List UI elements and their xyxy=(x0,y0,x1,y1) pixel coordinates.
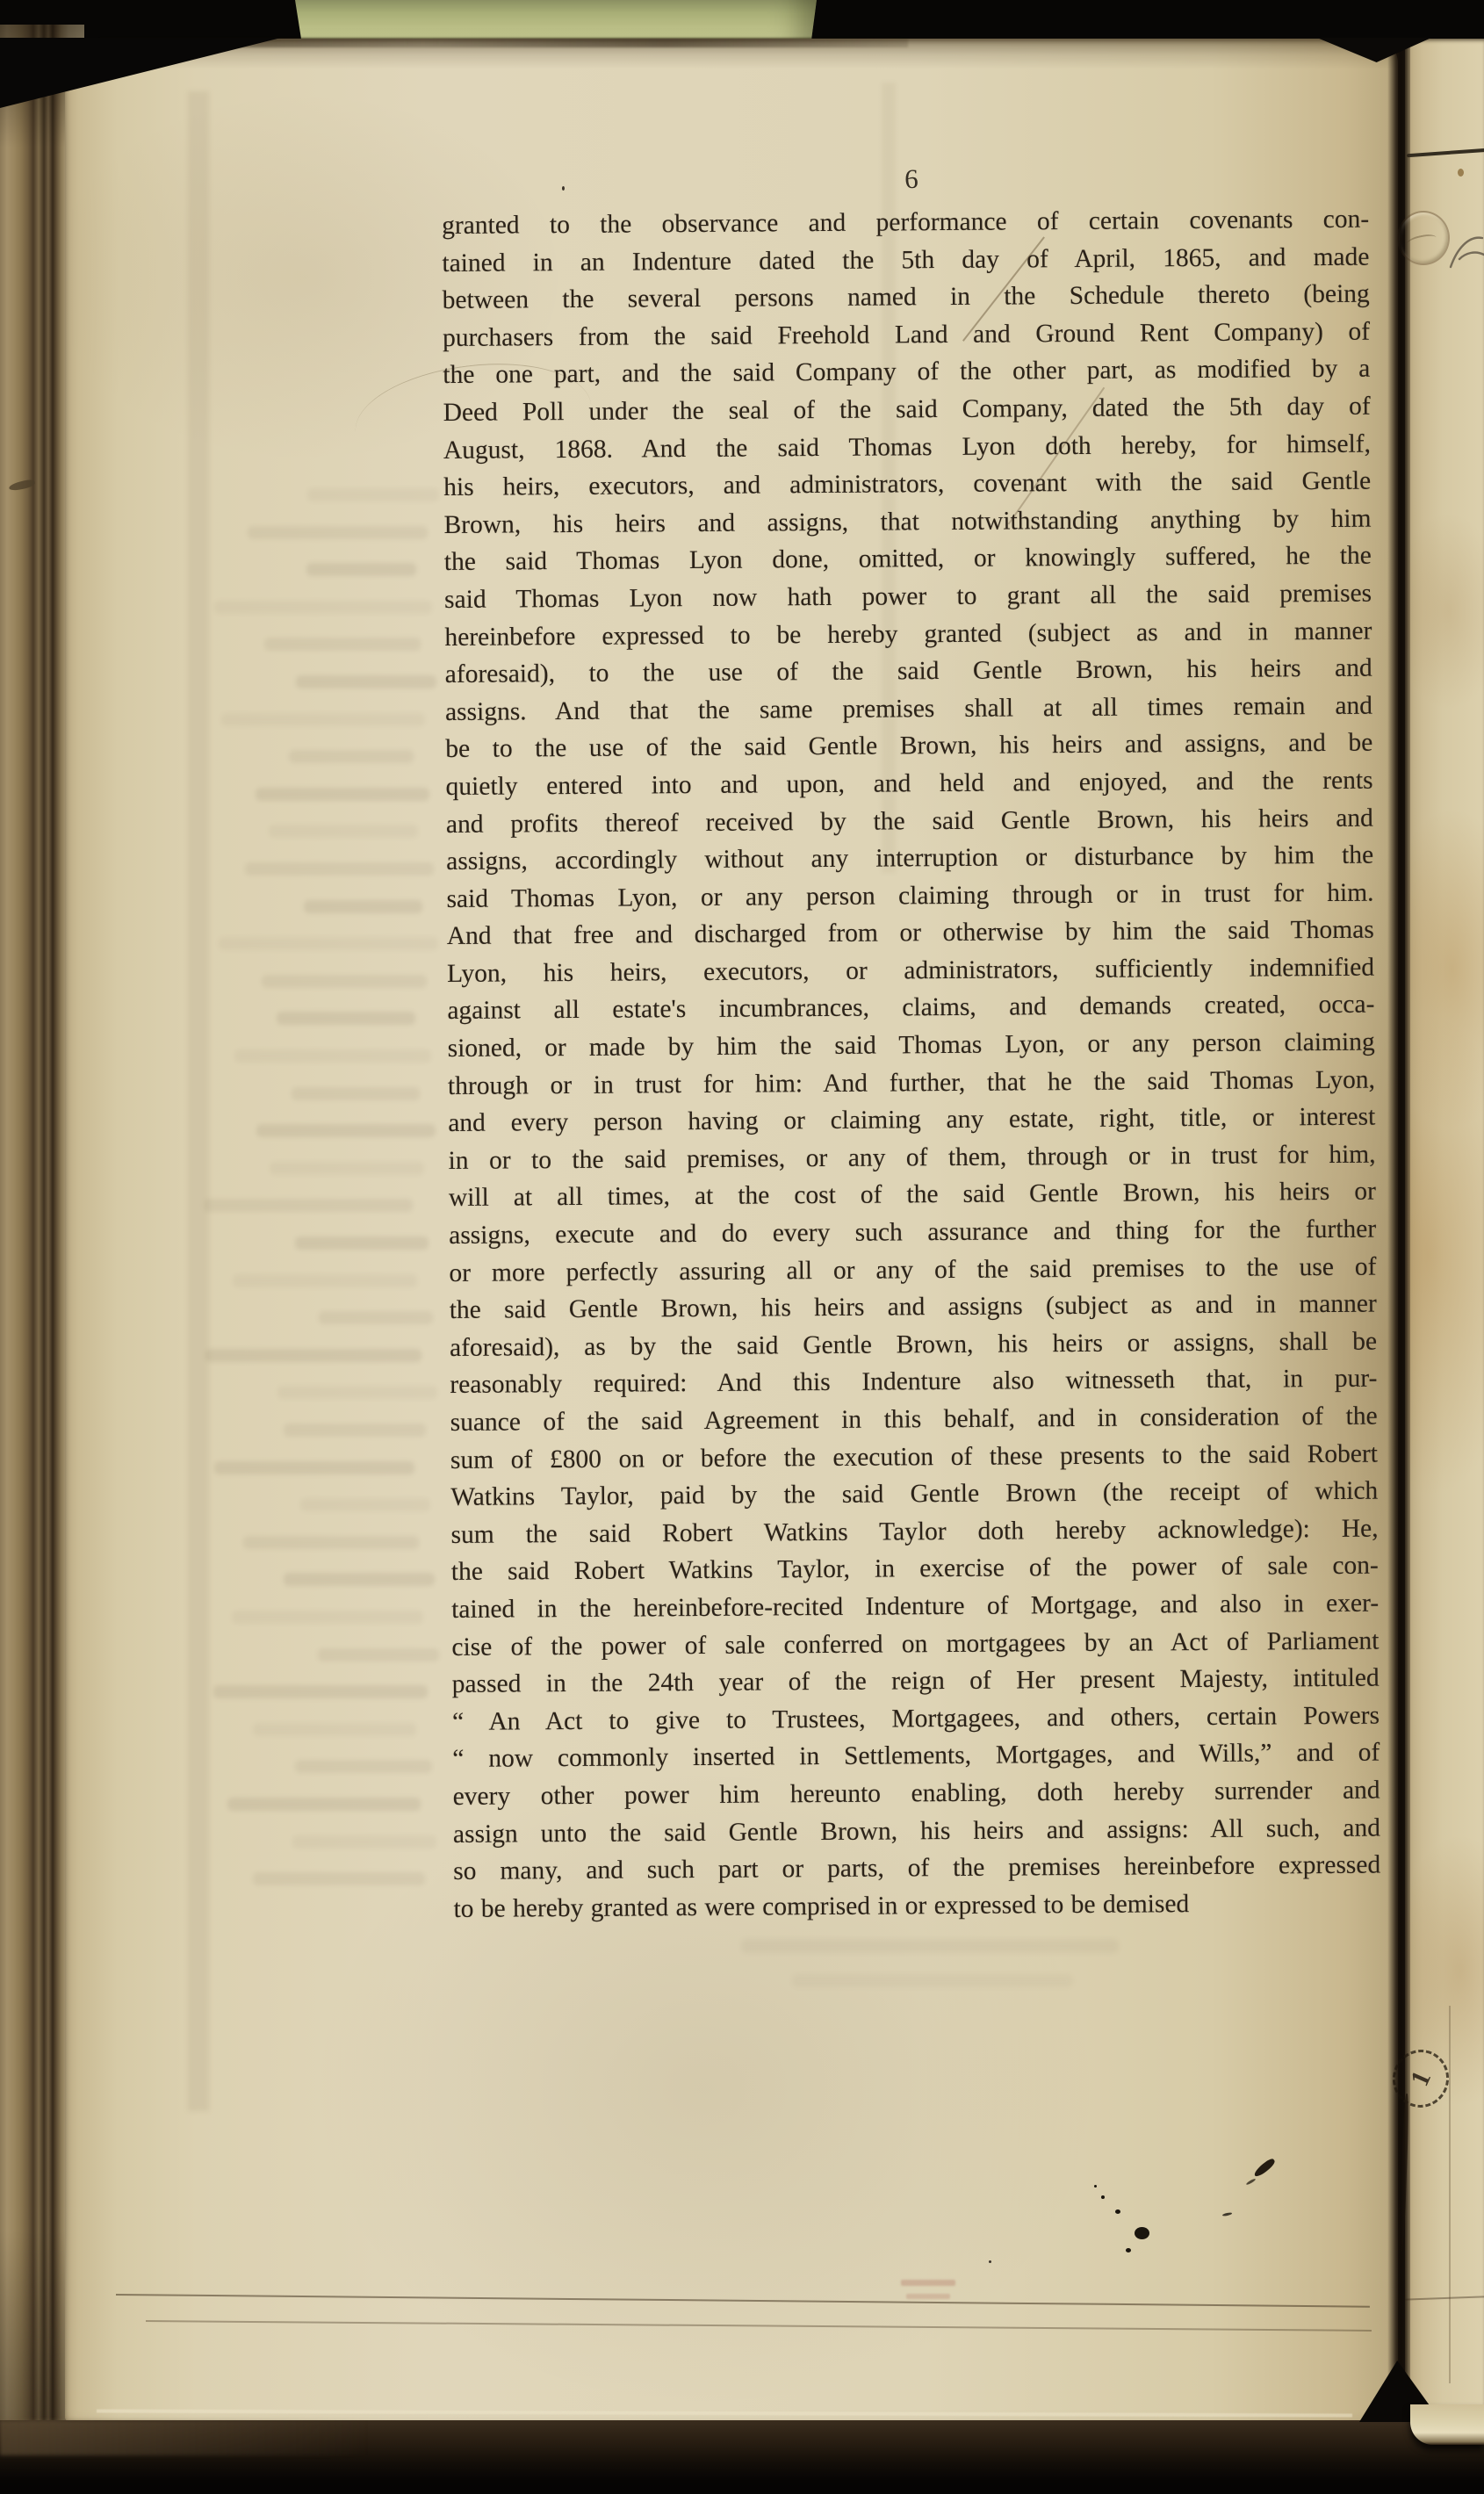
text-line: purchasers from the said Freehold Land a… xyxy=(443,313,1370,357)
text-line: aforesaid), as by the said Gentle Brown,… xyxy=(450,1323,1377,1366)
ghost-showthrough-line xyxy=(277,1012,415,1025)
text-line: And that free and discharged from or oth… xyxy=(447,912,1374,955)
right-page-crease xyxy=(1449,2006,1451,2383)
right-page-crease xyxy=(1405,2296,1484,2300)
ghost-showthrough-line xyxy=(219,937,438,950)
ink-blot xyxy=(1115,2209,1120,2214)
ghost-showthrough-line xyxy=(214,601,432,614)
text-line: Brown, his heirs and assigns, that notwi… xyxy=(443,500,1371,544)
text-line: suance of the said Agreement in this beh… xyxy=(450,1398,1378,1442)
ink-blot-comet xyxy=(1252,2157,1277,2178)
right-page-bottom-curl xyxy=(1410,2404,1484,2445)
ghost-showthrough-line xyxy=(248,526,428,539)
body-text: granted to the observance and performanc… xyxy=(442,201,1381,1928)
text-line: every other power him hereunto enabling,… xyxy=(452,1772,1380,1816)
ghost-showthrough-line xyxy=(304,900,422,913)
text-line: Lyon, his heirs, executors, or administr… xyxy=(447,948,1374,992)
text-line: will at all times, at the cost of the sa… xyxy=(449,1173,1376,1217)
table-surface xyxy=(0,2420,1484,2494)
text-line: passed in the 24th year of the reign of … xyxy=(452,1660,1380,1704)
text-line: Deed Poll under the seal of the said Com… xyxy=(443,388,1370,432)
page-right-edge: 1 xyxy=(1405,39,1484,2424)
ghost-showthrough-line xyxy=(264,638,421,651)
ghost-showthrough-line xyxy=(214,1461,414,1474)
ghost-showthrough-line xyxy=(319,1311,433,1324)
text-line: tained in the hereinbefore-recited Inden… xyxy=(451,1585,1379,1629)
right-page-fold-line xyxy=(1407,148,1484,157)
text-line: assigns. And that the same premises shal… xyxy=(445,687,1372,731)
ghost-showthrough-line xyxy=(243,1536,419,1549)
text-line: be to the use of the said Gentle Brown, … xyxy=(445,724,1372,768)
red-showthrough-mark xyxy=(901,2280,955,2286)
ghost-showthrough-line xyxy=(284,1424,426,1437)
ghost-showthrough-column xyxy=(184,488,439,1946)
text-line: the said Robert Watkins Taylor, in exerc… xyxy=(451,1547,1379,1591)
text-line: granted to the observance and performanc… xyxy=(442,201,1369,245)
fold-crease xyxy=(116,2294,1370,2307)
ghost-showthrough-line xyxy=(292,1835,436,1849)
page-main: 6 granted to the observance and performa… xyxy=(65,39,1398,2422)
ghost-showthrough-line xyxy=(213,1685,428,1698)
page-number: 6 xyxy=(885,162,939,195)
text-line: and profits thereof received by the said… xyxy=(446,799,1373,843)
ghost-showthrough-line xyxy=(277,1386,437,1399)
text-line: reasonably required: And this Indenture … xyxy=(450,1360,1377,1404)
ghost-showthrough-line xyxy=(295,1760,432,1773)
ghost-showthrough-line xyxy=(256,788,429,801)
text-line: quietly entered into and upon, and held … xyxy=(445,762,1372,806)
text-line: tained in an Indenture dated the 5th day… xyxy=(442,238,1369,282)
ghost-showthrough-line xyxy=(234,1049,431,1063)
ghost-showthrough-line xyxy=(292,1087,420,1100)
text-line: to be hereby granted as were comprised i… xyxy=(453,1884,1380,1928)
ink-blot xyxy=(1094,2185,1097,2188)
text-line: aforesaid), to the use of the said Gentl… xyxy=(445,650,1372,694)
ghost-showthrough-line xyxy=(245,862,434,876)
text-line: said Thomas Lyon now hath power to grant… xyxy=(444,575,1372,619)
ghost-showthrough-line xyxy=(227,1798,421,1811)
page-bottom-edge xyxy=(97,2410,1352,2418)
text-line: or more perfectly assuring all or any of… xyxy=(449,1248,1376,1292)
ink-blot xyxy=(1126,2248,1131,2253)
ghost-showthrough-line xyxy=(300,1498,430,1511)
page-gutter-shadow xyxy=(1387,39,1410,2422)
text-line: August, 1868. And the said Thomas Lyon d… xyxy=(443,425,1371,469)
text-line: the said Thomas Lyon done, omitted, or k… xyxy=(444,537,1372,581)
handwriting-flourish xyxy=(1447,230,1484,282)
text-line: sioned, or made by him the said Thomas L… xyxy=(448,1024,1375,1068)
text-line: the said Gentle Brown, his heirs and ass… xyxy=(450,1286,1377,1330)
ghost-showthrough-line xyxy=(233,1274,417,1287)
ghost-showthrough-line xyxy=(204,1199,413,1212)
text-line: in or to the said premises, or any of th… xyxy=(448,1135,1375,1179)
ghost-showthrough-line xyxy=(253,1723,416,1736)
text-line: assign unto the said Gentle Brown, his h… xyxy=(453,1809,1380,1853)
text-line: assigns, accordingly without any interru… xyxy=(446,837,1373,881)
text-line: and every person having or claiming any … xyxy=(448,1099,1375,1142)
text-line: Watkins Taylor, paid by the said Gentle … xyxy=(450,1473,1378,1517)
ghost-showthrough-line xyxy=(221,713,425,726)
ghost-showthrough-line xyxy=(296,675,436,688)
text-line: cise of the power of sale conferred on m… xyxy=(451,1622,1379,1666)
right-page-fleck xyxy=(1458,169,1464,177)
ink-speck xyxy=(989,2260,991,2263)
ghost-showthrough-line xyxy=(205,1349,421,1362)
ghost-showthrough-line xyxy=(307,488,439,501)
text-line: said Thomas Lyon, or any person claiming… xyxy=(446,874,1373,918)
text-line: the one part, and the said Company of th… xyxy=(443,350,1370,394)
page-tab-top xyxy=(295,0,817,40)
ghost-showthrough-line xyxy=(284,1573,435,1586)
ghost-showthrough-line xyxy=(262,975,427,988)
ink-blot xyxy=(1135,2227,1149,2239)
text-line: “ An Act to give to Trustees, Mortgagees… xyxy=(452,1697,1380,1741)
ghost-showthrough-line xyxy=(269,825,418,838)
ink-blot xyxy=(1101,2195,1105,2199)
text-line: sum of £800 on or before the execution o… xyxy=(450,1435,1378,1479)
ghost-showthrough-line xyxy=(289,750,414,763)
ink-dash xyxy=(1222,2212,1232,2216)
ghost-showthrough-line xyxy=(232,1611,423,1624)
ghost-showthrough-line xyxy=(295,1236,429,1250)
text-line: between the several persons named in the… xyxy=(443,276,1370,320)
text-line: hereinbefore expressed to be hereby gran… xyxy=(444,612,1372,656)
ghost-showthrough-line xyxy=(792,1974,1073,1987)
red-showthrough-mark xyxy=(906,2294,950,2299)
ghost-showthrough-line xyxy=(253,1872,425,1885)
book-scan: 6 granted to the observance and performa… xyxy=(0,0,1484,2494)
ink-speck xyxy=(562,186,565,191)
ghost-showthrough-line xyxy=(318,1648,439,1661)
text-line: sum the said Robert Watkins Taylor doth … xyxy=(450,1510,1378,1553)
ghost-showthrough-line xyxy=(741,1939,1119,1953)
text-line: “ now commonly inserted in Settlements, … xyxy=(452,1734,1380,1778)
text-line: assigns, execute and do every such assur… xyxy=(449,1211,1376,1255)
text-line: against all estate's incumbrances, claim… xyxy=(447,986,1374,1030)
fold-crease xyxy=(146,2320,1372,2332)
ghost-showthrough-line xyxy=(270,1162,424,1175)
ghost-showthrough-line xyxy=(306,563,416,576)
text-line: through or in trust for him: And further… xyxy=(448,1061,1375,1105)
text-line: his heirs, executors, and administrators… xyxy=(443,463,1371,507)
text-line: so many, and such part or parts, of the … xyxy=(453,1847,1380,1891)
ink-stamp-number: 1 xyxy=(1406,2067,1436,2090)
ghost-showthrough-line xyxy=(256,1124,436,1137)
